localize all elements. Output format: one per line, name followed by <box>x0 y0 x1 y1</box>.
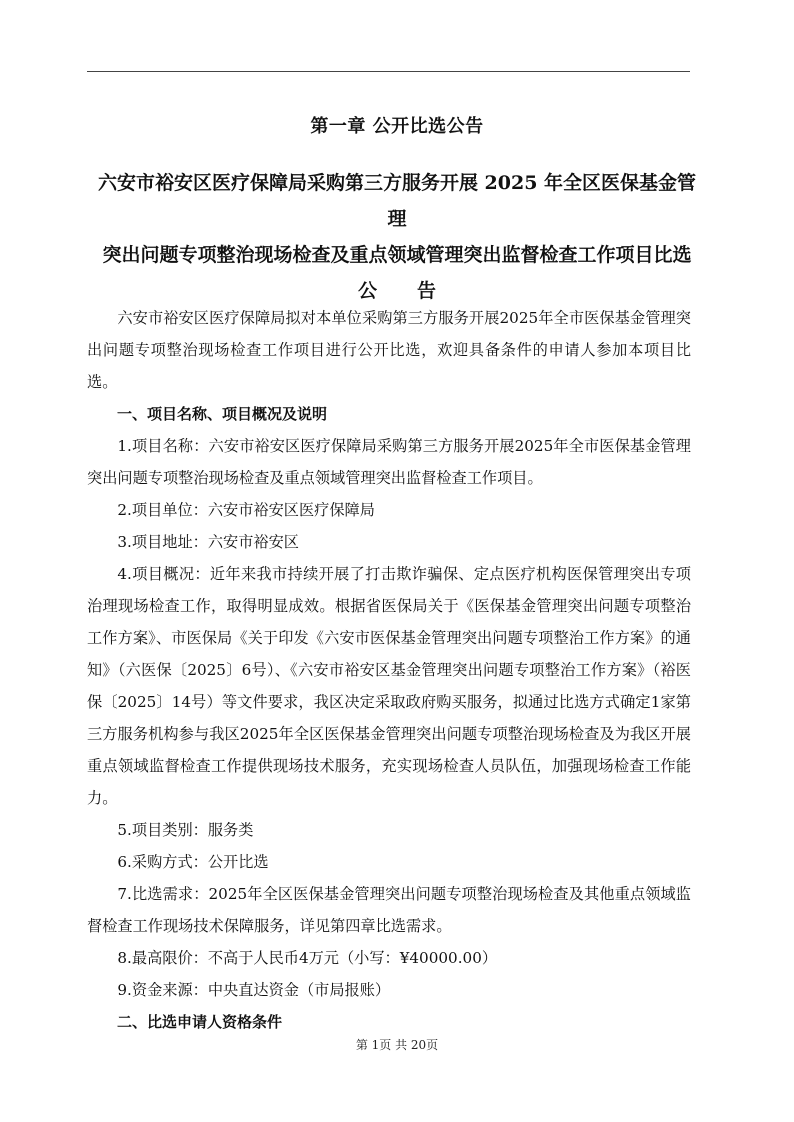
header-rule <box>87 71 690 72</box>
title-announcement-word: 公告 <box>318 280 476 302</box>
item-funding-source: 9.资金来源：中央直达资金（市局报账） <box>87 974 691 1006</box>
item-project-overview: 4.项目概况：近年来我市持续开展了打击欺诈骗保、定点医疗机构医保管理突出专项治理… <box>87 558 691 814</box>
announcement-title: 六安市裕安区医疗保障局采购第三方服务开展 2025 年全区医保基金管理 突出问题… <box>90 165 704 309</box>
title-line-1: 六安市裕安区医疗保障局采购第三方服务开展 2025 年全区医保基金管理 <box>90 165 704 237</box>
section-2-heading: 二、比选申请人资格条件 <box>87 1006 691 1038</box>
item-project-unit: 2.项目单位：六安市裕安区医疗保障局 <box>87 494 691 526</box>
item-project-address: 3.项目地址：六安市裕安区 <box>87 526 691 558</box>
page-number: 第 1页 共 20页 <box>0 1036 794 1053</box>
item-project-category: 5.项目类别：服务类 <box>87 814 691 846</box>
document-body: 六安市裕安区医疗保障局拟对本单位采购第三方服务开展2025年全市医保基金管理突出… <box>87 302 691 1038</box>
intro-paragraph: 六安市裕安区医疗保障局拟对本单位采购第三方服务开展2025年全市医保基金管理突出… <box>87 302 691 398</box>
item-project-name: 1.项目名称：六安市裕安区医疗保障局采购第三方服务开展2025年全市医保基金管理… <box>87 430 691 494</box>
title-line-2: 突出问题专项整治现场检查及重点领域管理突出监督检查工作项目比选 <box>90 237 704 273</box>
item-price-cap: 8.最高限价：不高于人民币4万元（小写：¥40000.00） <box>87 942 691 974</box>
section-1-heading: 一、项目名称、项目概况及说明 <box>87 398 691 430</box>
item-procurement-method: 6.采购方式：公开比选 <box>87 846 691 878</box>
chapter-title: 第一章 公开比选公告 <box>0 112 794 138</box>
item-requirements: 7.比选需求：2025年全区医保基金管理突出问题专项整治现场检查及其他重点领域监… <box>87 878 691 942</box>
